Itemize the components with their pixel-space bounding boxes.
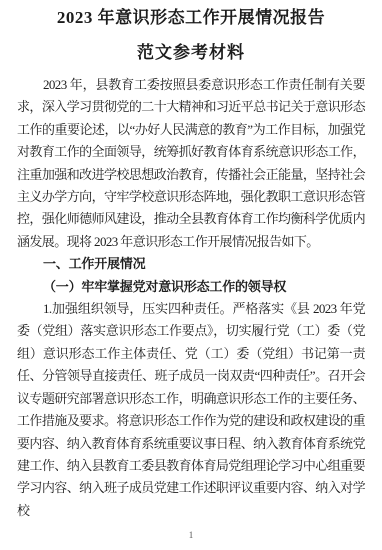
section-heading-work-progress: 一、工作开展情况: [17, 253, 365, 275]
document-title: 2023 年意识形态工作开展情况报告: [17, 6, 365, 30]
page-number: 1: [0, 530, 382, 540]
paragraph-intro: 2023 年，县教育工委按照县委意识形态工作责任制有关要求，深入学习贯彻党的二十…: [17, 74, 365, 253]
subsection-heading-leadership: （一）牢牢掌握党对意识形态工作的领导权: [17, 276, 365, 298]
document-page: 2023 年意识形态工作开展情况报告 范文参考材料 2023 年，县教育工委按照…: [0, 0, 382, 550]
paragraph-item-1: 1.加强组织领导，压实四种责任。严格落实《县 2023 年党委（党组）落实意识形…: [17, 298, 365, 522]
document-subtitle: 范文参考材料: [17, 41, 365, 65]
